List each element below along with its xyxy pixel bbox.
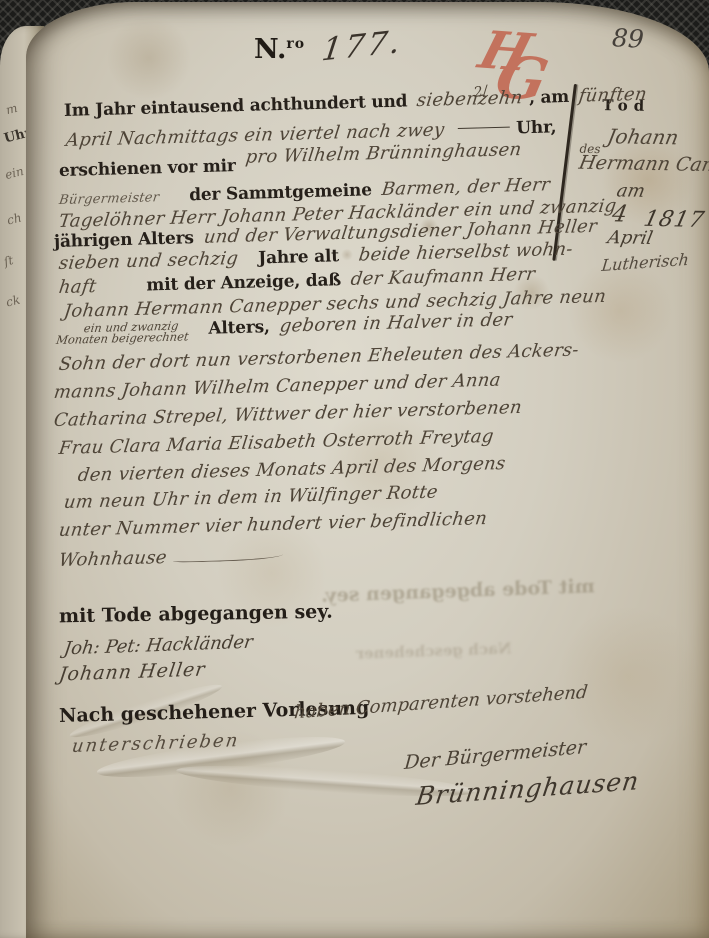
printed-text: Alters,	[208, 317, 270, 339]
body-line: erschienen vor mirpro Wilhelm Brünningha…	[59, 147, 522, 181]
body-line: um neun Uhr in dem in Wülfinger Rotte	[64, 482, 438, 513]
signature-heller: Johann Heller	[57, 658, 206, 685]
handwritten-text: Wohnhause	[58, 547, 169, 571]
handwritten-text: Catharina Strepel, Wittwer der hier vers…	[53, 397, 524, 431]
unterschrieben-handwritten: unterschrieben	[71, 730, 241, 757]
handwritten-text: um neun Uhr in dem in Wülfinger Rotte	[63, 482, 440, 514]
body-line: Wohnhause	[59, 544, 283, 571]
signature-hacklaender: Joh: Pet: Hackländer	[63, 632, 255, 660]
prev-page-fragment: ein	[4, 164, 26, 182]
margin-date-am: am	[615, 180, 647, 201]
body-line: den vierten dieses Monats April des Morg…	[78, 453, 506, 486]
body-line: Catharina Strepel, Wittwer der hier vers…	[54, 397, 522, 431]
handwritten-text: unter Nummer vier hundert vier befindlic…	[58, 508, 489, 541]
handwritten-text: siebenzehn	[416, 87, 524, 111]
death-statement: mit Tode abgegangen sey.	[59, 601, 333, 628]
printed-text: mit der Anzeige, daß	[146, 270, 341, 295]
handwritten-text: Frau Clara Maria Elisabeth Osterroth Fre…	[58, 426, 495, 459]
printed-text: erschienen vor mir	[59, 156, 236, 181]
blank-line-dash	[458, 127, 510, 129]
margin-date-year: 1817	[641, 207, 707, 233]
printed-text: Uhr,	[516, 117, 557, 138]
officer-signature: Brünninghausen	[414, 766, 641, 811]
margin-religion: Lutherisch	[601, 250, 690, 275]
printed-text: Jahre alt	[258, 246, 339, 268]
officer-title: Der Bürgermeister	[403, 736, 587, 774]
pen-flourish	[173, 551, 283, 563]
prev-page-fragment: ch	[6, 210, 23, 227]
printed-text: jährigen Alters	[54, 228, 194, 252]
page-number: 89	[611, 23, 644, 54]
printed-text: , am	[529, 87, 570, 108]
bleedthrough-text: Nach geschehener	[356, 639, 512, 662]
handwritten-text: den vierten dieses Monats April des Morg…	[77, 453, 507, 486]
photograph-of-death-register: m Uhr, ein ch ſt ck N.ro 177. H G 2/ 89 …	[0, 0, 709, 938]
bleedthrough-text: mit Tode abgegangen sey.	[321, 575, 595, 607]
prev-page-fragment: ck	[5, 293, 22, 310]
handwritten-text: sieben und sechzig	[58, 248, 240, 274]
printed-text: Im Jahr eintausend achthundert und	[64, 91, 408, 121]
handwritten-text: Bürgermeister	[58, 190, 160, 208]
handwritten-text: Monaten beigerechnet	[55, 331, 189, 346]
handwritten-text: haft	[58, 276, 98, 298]
entry-number-n: N.	[254, 34, 286, 65]
prev-page-fragment: m	[4, 101, 18, 117]
handwritten-text: beide hierselbst wohn-	[357, 239, 574, 266]
handwritten-text: der Kaufmann Herr	[350, 264, 537, 290]
handwritten-text: fünften	[578, 84, 649, 107]
entry-number-label: N.ro	[254, 34, 305, 65]
entry-number-value: 177.	[320, 23, 406, 68]
handwritten-text: Barmen, der Herr	[380, 174, 551, 200]
body-line: unter Nummer vier hundert vier befindlic…	[59, 508, 488, 541]
body-line: Frau Clara Maria Elisabeth Osterroth Fre…	[59, 426, 494, 459]
printed-text: der Sammtgemeine	[189, 180, 372, 205]
body-line: Im Jahr eintausend achthundert undsieben…	[64, 84, 648, 121]
handwritten-text: manns Johann Wilhelm Canepper und der An…	[53, 369, 503, 403]
handwritten-stacked-text: ein und zwanzigMonaten beigerechnet	[56, 320, 189, 346]
register-page: N.ro 177. H G 2/ 89 Tod des Johann Herma…	[26, 2, 709, 938]
prev-page-fragment: ſt	[2, 253, 14, 269]
entry-number-superscript: ro	[286, 36, 305, 52]
margin-name-line1: Johann	[605, 124, 680, 149]
margin-name-line2: Hermann Canep	[577, 152, 709, 177]
body-line: manns Johann Wilhelm Canepper und der An…	[54, 370, 501, 403]
vorlesung-handwritten: haben Comparenten vorstehend	[293, 682, 588, 724]
